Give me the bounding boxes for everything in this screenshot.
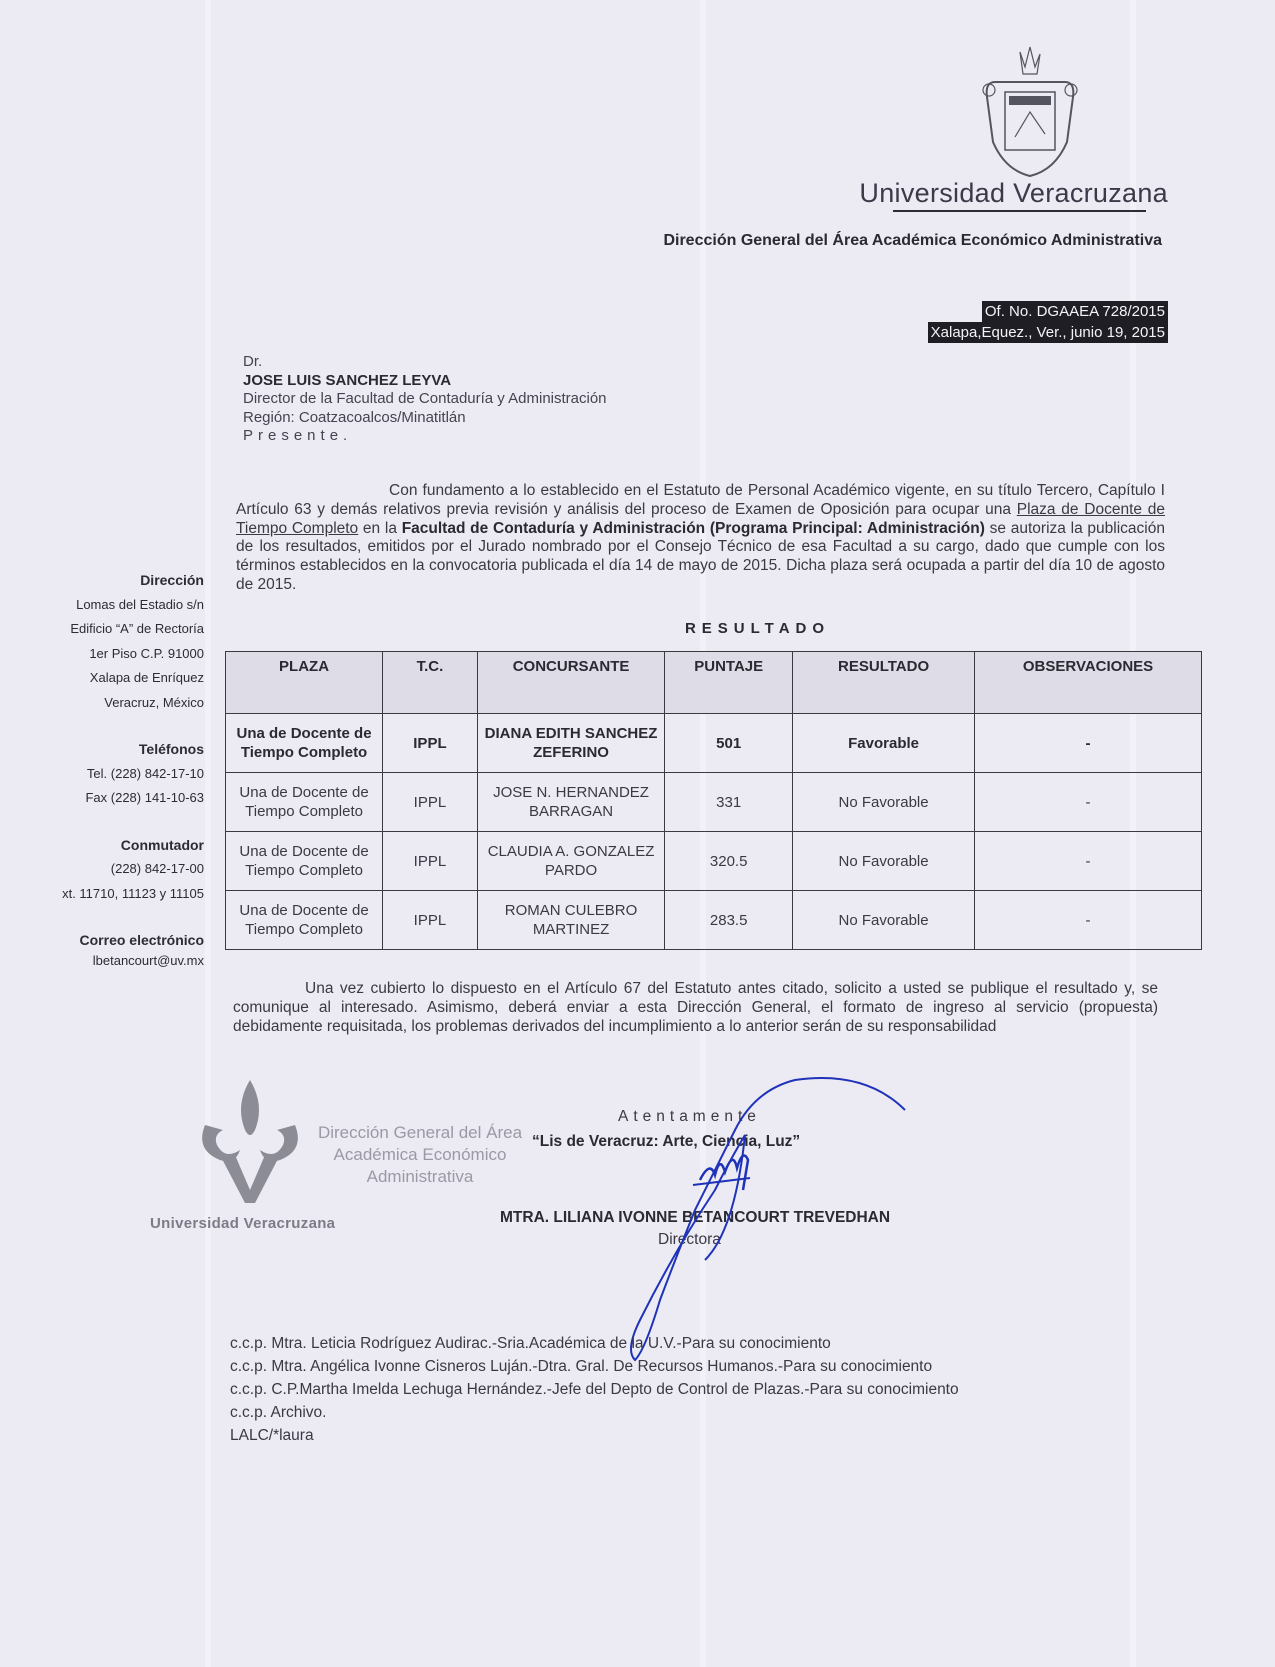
university-name: Universidad Veracruzana [859,178,1168,209]
recipient-block: Dr. JOSE LUIS SANCHEZ LEYVA Director de … [243,353,607,446]
cell-concursante: DIANA EDITH SANCHEZ ZEFERINO [477,714,665,773]
divider [893,210,1146,212]
ccp-line: c.c.p. Mtra. Angélica Ivonne Cisneros Lu… [230,1355,959,1378]
header-plaza: PLAZA [226,652,383,714]
ccp-line: c.c.p. Archivo. [230,1401,959,1424]
cell-resultado: No Favorable [793,891,975,950]
cell-puntaje: 331 [665,773,793,832]
cell-tc: IPPL [383,714,478,773]
cell-observaciones: - [975,891,1202,950]
cell-plaza: Una de Docente de Tiempo Completo [226,891,383,950]
conmutador-line: (228) 842-17-00 [62,857,204,882]
initials-line: LALC/*laura [230,1424,959,1447]
stamp-university: Universidad Veracruzana [150,1215,335,1232]
cell-tc: IPPL [383,773,478,832]
cell-concursante: CLAUDIA A. GONZALEZ PARDO [477,832,665,891]
fax-line: Fax (228) 141-10-63 [62,786,204,811]
cell-resultado: No Favorable [793,773,975,832]
recipient-name: JOSE LUIS SANCHEZ LEYVA [243,372,607,391]
direccion-line: Xalapa de Enríquez [62,666,204,691]
cell-puntaje: 320.5 [665,832,793,891]
direccion-heading: Dirección [62,568,204,593]
conmutador-heading: Conmutador [62,833,204,858]
cell-observaciones: - [975,773,1202,832]
cell-plaza: Una de Docente de Tiempo Completo [226,714,383,773]
table-row: Una de Docente de Tiempo Completo IPPL J… [226,773,1202,832]
header-observaciones: OBSERVACIONES [975,652,1202,714]
recipient-title: Dr. [243,353,607,372]
cell-tc: IPPL [383,832,478,891]
header-concursante: CONCURSANTE [477,652,665,714]
stamp-text: Dirección General del Área Académica Eco… [300,1122,540,1188]
cell-resultado: Favorable [793,714,975,773]
table-row: Una de Docente de Tiempo Completo IPPL D… [226,714,1202,773]
correo-heading: Correo electrónico [62,928,204,953]
office-number: Of. No. DGAAEA 728/2015 [982,301,1168,322]
ccp-line: c.c.p. Mtra. Leticia Rodríguez Audirac.-… [230,1332,959,1355]
cell-puntaje: 501 [665,714,793,773]
header-resultado: RESULTADO [793,652,975,714]
office-reference: Of. No. DGAAEA 728/2015 Xalapa,Equez., V… [928,301,1168,343]
cell-resultado: No Favorable [793,832,975,891]
faculty-name: Facultad de Contaduría y Administración … [402,520,985,537]
cell-tc: IPPL [383,891,478,950]
body-paragraph-2: Una vez cubierto lo dispuesto en el Artí… [233,980,1158,1036]
results-table: PLAZA T.C. CONCURSANTE PUNTAJE RESULTADO… [225,651,1202,950]
direccion-line: Lomas del Estadio s/n [62,593,204,618]
cell-observaciones: - [975,714,1202,773]
recipient-presente: Presente. [243,427,607,446]
handwritten-signature [615,1060,915,1370]
cell-puntaje: 283.5 [665,891,793,950]
cell-concursante: JOSE N. HERNANDEZ BARRAGAN [477,773,665,832]
header-tc: T.C. [383,652,478,714]
header-puntaje: PUNTAJE [665,652,793,714]
direccion-line: 1er Piso C.P. 91000 [62,642,204,667]
department-name: Dirección General del Área Académica Eco… [663,232,1162,250]
telefonos-heading: Teléfonos [62,737,204,762]
scan-artifact [205,0,211,1667]
cell-observaciones: - [975,832,1202,891]
cell-plaza: Una de Docente de Tiempo Completo [226,832,383,891]
extension-line: xt. 11710, 11123 y 11105 [62,882,204,907]
fleur-de-lis-logo-icon [195,1075,305,1205]
cell-concursante: ROMAN CULEBRO MARTINEZ [477,891,665,950]
place-date: Xalapa,Equez., Ver., junio 19, 2015 [928,322,1168,343]
ccp-line: c.c.p. C.P.Martha Imelda Lechuga Hernánd… [230,1378,959,1401]
recipient-region: Región: Coatzacoalcos/Minatitlán [243,409,607,428]
university-seal-icon [975,42,1085,182]
recipient-position: Director de la Facultad de Contaduría y … [243,390,607,409]
direccion-line: Veracruz, México [62,691,204,716]
resultado-heading: RESULTADO [0,620,1275,637]
email-line[interactable]: lbetancourt@uv.mx [62,953,204,969]
body-paragraph-1: Con fundamento a lo establecido en el Es… [236,482,1165,595]
phone-line: Tel. (228) 842-17-10 [62,762,204,787]
cell-plaza: Una de Docente de Tiempo Completo [226,773,383,832]
ccp-block: c.c.p. Mtra. Leticia Rodríguez Audirac.-… [230,1332,959,1447]
table-row: Una de Docente de Tiempo Completo IPPL C… [226,832,1202,891]
table-row: Una de Docente de Tiempo Completo IPPL R… [226,891,1202,950]
table-header-row: PLAZA T.C. CONCURSANTE PUNTAJE RESULTADO… [226,652,1202,714]
